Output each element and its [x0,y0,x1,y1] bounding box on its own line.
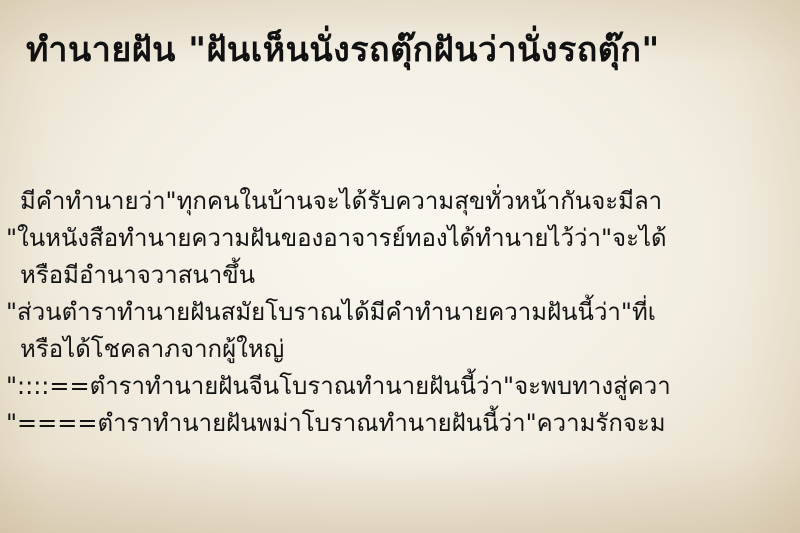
prediction-line-1: มีคำทำนายว่า"ทุกคนในบ้านจะได้รับความสุขท… [0,183,800,220]
prediction-line-4: "ส่วนตำราทำนายฝันสมัยโบราณได้มีคำทำนายคว… [0,294,800,331]
page-title: ทำนายฝัน "ฝันเห็นนั่งรถตุ๊กฝันว่านั่งรถต… [26,22,660,76]
prediction-line-6: "::::==ตำราทำนายฝันจีนโบราณทำนายฝันนี้ว่… [0,368,800,405]
prediction-line-7: "====ตำราทำนายฝันพม่าโบราณทำนายฝันนี้ว่า… [0,405,800,442]
prediction-line-2: "ในหนังสือทำนายความฝันของอาจารย์ทองได้ทำ… [0,220,800,257]
prediction-text-block: มีคำทำนายว่า"ทุกคนในบ้านจะได้รับความสุขท… [0,183,800,442]
prediction-line-5: หรือได้โชคลาภจากผู้ใหญ่ [0,331,800,368]
prediction-line-3: หรือมีอำนาจวาสนาขึ้น [0,257,800,294]
